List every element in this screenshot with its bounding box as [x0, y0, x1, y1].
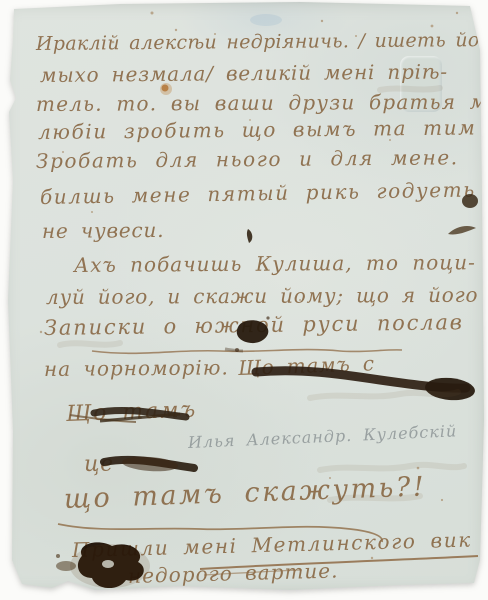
letter-line: Ахъ побачишь Кулиша, то поци-: [74, 250, 476, 277]
letter-line: луй його, и скажи йому; що я його: [46, 283, 478, 309]
letter-line: недорого вартие.: [128, 558, 339, 588]
letter-line: мыхо незмала/ великій мені пріѣ-: [40, 59, 448, 87]
paper-sheet: Ираклій алексѣи недріяничь. / ишеть його…: [0, 0, 488, 596]
letter-line: любіи зробить що вымъ та тим: [38, 115, 477, 144]
letter-line-struck: Що тамъ с: [238, 351, 376, 380]
letter-line: не чувеси.: [42, 218, 165, 243]
letter-line: що тамъ скажуть?!: [63, 471, 426, 515]
letter-line: Зробать для нього и для мене.: [36, 145, 459, 173]
letter-line: на чорноморію.: [44, 355, 229, 381]
paper-wrap: Ираклій алексѣи недріяничь. / ишеть його…: [0, 0, 488, 600]
manuscript-photo: Ираклій алексѣи недріяничь. / ишеть його…: [0, 0, 488, 600]
letter-line: Записки о южной руси послав: [44, 310, 464, 340]
pencil-annotation: Илья Александр. Кулебскій: [188, 421, 458, 452]
letter-line: Ираклій алексѣи недріяничь. / ишеть його: [36, 29, 488, 55]
letter-line: Пришли мені Метлинского вик: [72, 528, 472, 562]
letter-line: билшь мене пятый рикь годуеть: [40, 177, 476, 209]
letter-line: тель. то. вы ваши друзи братья мои: [36, 89, 488, 116]
blue-smudge: [250, 14, 282, 26]
letter-line-struck: Що тамъ: [66, 397, 198, 427]
letter-line-struck: це: [84, 451, 114, 477]
